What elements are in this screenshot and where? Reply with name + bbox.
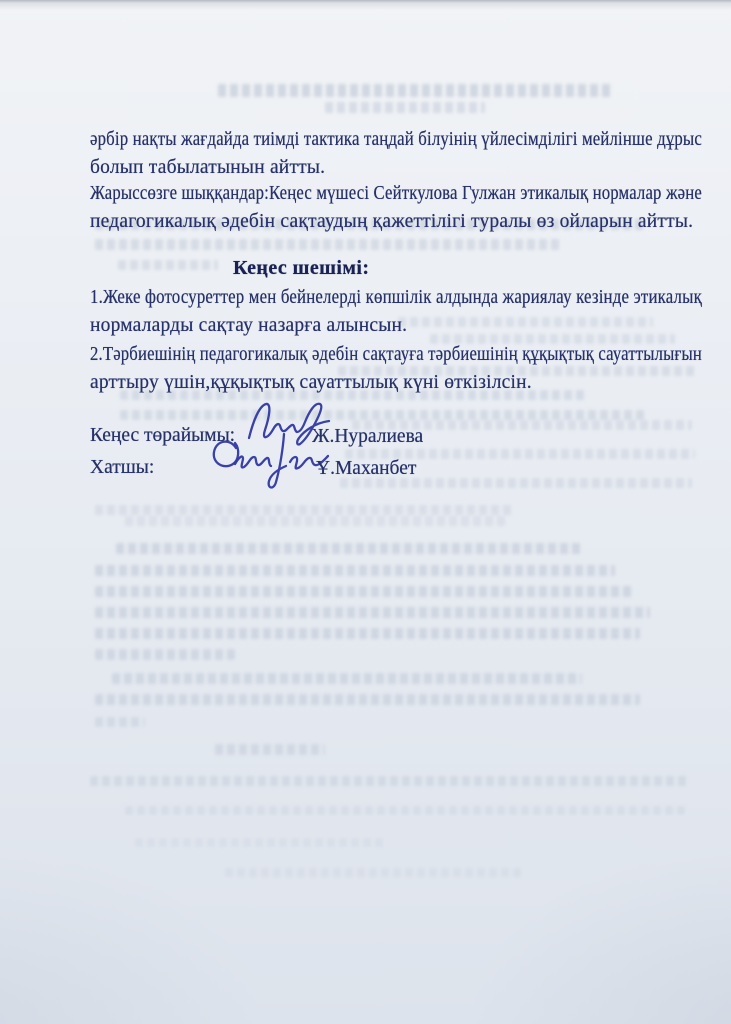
bleedthrough-line xyxy=(215,744,325,755)
bleedthrough-line xyxy=(120,410,645,420)
decision-line: арттыру үшін,құқықтық сауаттылық күні өт… xyxy=(90,369,532,397)
bleedthrough-line xyxy=(95,649,235,660)
bleedthrough-line xyxy=(95,717,145,727)
bleedthrough-line xyxy=(125,516,505,526)
bleedthrough-line xyxy=(118,260,218,270)
document-page: әрбір нақты жағдайда тиімді тактика таңд… xyxy=(0,0,731,1024)
bleedthrough-line xyxy=(95,607,650,618)
signature-role-secretary: Хатшы: xyxy=(90,457,154,479)
bleedthrough-line xyxy=(135,838,385,847)
bleedthrough-line xyxy=(95,239,560,250)
paragraph-line: болып табылатынын айтты. xyxy=(90,154,325,182)
signature-name-secretary: Ұ.Маханбет xyxy=(316,458,416,480)
bleedthrough-line xyxy=(112,673,582,684)
bleedthrough-line xyxy=(116,543,581,554)
paragraph-line: Жарыссөзге шыққандар:Кеңес мүшесі Сейтку… xyxy=(90,180,702,208)
bleedthrough-line xyxy=(95,694,640,705)
bleedthrough-line xyxy=(95,628,640,639)
decision-heading: Кеңес шешімі: xyxy=(233,257,369,280)
bleedthrough-line xyxy=(218,84,613,97)
bleedthrough-line xyxy=(95,586,635,597)
decision-item-1: 1.Жеке фотосуреттер мен бейнелерді көпші… xyxy=(90,284,706,340)
bleedthrough-line xyxy=(95,565,615,576)
decision-line: 2.Тәрбиешінің педагогикалық әдебін сақта… xyxy=(90,341,702,369)
bleedthrough-line xyxy=(225,868,525,877)
scan-top-edge-shadow xyxy=(0,0,731,10)
decision-line: 1.Жеке фотосуреттер мен бейнелерді көпші… xyxy=(90,284,702,312)
paragraph-line: әрбір нақты жағдайда тиімді тактика таңд… xyxy=(90,126,702,154)
decision-line: нормаларды сақтау назарға алынсын. xyxy=(90,312,407,340)
bleedthrough-line xyxy=(95,505,515,515)
bleedthrough-line xyxy=(125,806,685,815)
bleedthrough-line xyxy=(90,776,690,786)
bleedthrough-line xyxy=(325,102,485,113)
paragraph-line: педагогикалық әдебін сақтаудың қажеттілі… xyxy=(90,208,693,236)
decision-item-2: 2.Тәрбиешінің педагогикалық әдебін сақта… xyxy=(90,341,706,397)
paragraph-tactics: әрбір нақты жағдайда тиімді тактика таңд… xyxy=(90,126,706,182)
paragraph-speakers: Жарыссөзге шыққандар:Кеңес мүшесі Сейтку… xyxy=(90,180,706,236)
